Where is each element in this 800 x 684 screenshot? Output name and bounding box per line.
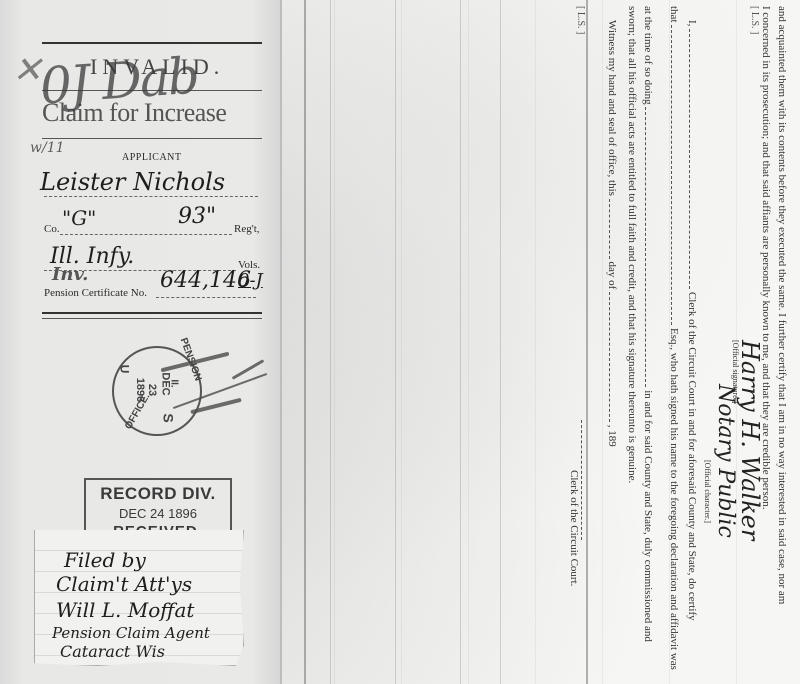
bottom-rule-thin [42,318,262,319]
note-line: Pension Claim Agent [52,624,210,642]
cross-mark: ✕ [12,50,42,91]
notary-title: Notary Public [713,384,738,538]
clerk-line-start: I, [686,20,698,26]
ledger-rule [460,0,461,684]
witness-line: Witness my hand and seal of office, this… [606,20,618,447]
that-line-end: Esq., who hath signed his name to the fo… [668,328,680,670]
notary-signature: Harry H. Walker [736,340,764,540]
sworn-line: sworn; that all his official acts are en… [626,6,638,483]
ledger-rule [395,0,396,684]
title-rule [42,138,262,139]
day-of: day of [606,261,618,289]
clerk-line-end: Clerk of the Circuit Court in and for af… [686,292,698,621]
that-name-blank [671,25,672,325]
postmark-u: U [117,365,131,374]
note-line: Cataract Wis [60,642,165,661]
ledger-rule [330,0,331,684]
pension-office-postmark: PENSION U II. DEC 23 1896 S OFFICE. [112,346,202,436]
time-line: at the time of so doing in and for said … [642,6,654,642]
stamp-division: RECORD DIV. [86,484,230,504]
prefix-scrawl: Inv. [52,264,88,285]
company-label: Co. [44,223,60,235]
pension-dotted-line [156,297,256,298]
clerk-sign-line [581,420,582,540]
bottom-rule [42,312,262,314]
fold-line [304,0,306,684]
pension-suffix: 0-J [238,270,263,291]
office-blank [645,107,646,387]
regiment-value: 93" [178,204,216,229]
seal-mark: [ L.S. ] [749,6,760,34]
handwritten-mark: w/11 [30,140,65,156]
note-line: Filed by [64,548,146,572]
stamp-date: DEC 24 1896 [86,506,230,521]
regiment-label: Reg't, [234,223,260,235]
time-line-start: at the time of so doing [642,6,654,105]
applicant-name: Leister Nichols [40,168,225,196]
pension-certificate-label: Pension Certificate No. [44,287,147,299]
day-blank [609,199,610,259]
applicant-label: APPLICANT [122,152,182,163]
name-dotted-line [44,196,258,197]
clerk-certificate: and acquainted them with its contents be… [560,0,790,684]
scanned-document: INVALID. Claim for Increase ✕ 0J Dab w/1… [0,0,800,684]
postmark-s: S [161,413,177,422]
that-line-start: that [668,6,680,23]
docket-panel: INVALID. Claim for Increase ✕ 0J Dab w/1… [0,0,282,684]
month-blank [609,292,610,422]
clerk-caption: Clerk of the Circuit Court. [568,470,580,586]
top-rule [42,42,262,44]
year-prefix: , 189 [606,425,618,447]
certificate-line-1: and acquainted them with its contents be… [776,6,788,604]
note-line: Claim't Att'ys [56,572,192,596]
clerk-line: I, Clerk of the Circuit Court in and for… [686,20,698,621]
witness-text: Witness my hand and seal of office, this [606,20,618,196]
note-line: Will L. Moffat [56,598,194,622]
company-dotted-line [60,234,232,235]
that-line: that Esq., who hath signed his name to t… [668,6,680,670]
company-value: "G" [62,206,96,230]
handwritten-scrawl: 0J Dab [38,47,199,116]
time-line-end: in and for said County and State, duly c… [642,390,654,642]
title-caption: [Official character.] [703,460,712,523]
ledger-rule [500,0,501,684]
clerk-name-blank [689,29,690,289]
seal-mark-2: [ L.S. ] [575,6,586,34]
postmark-month: DEC [160,372,172,395]
